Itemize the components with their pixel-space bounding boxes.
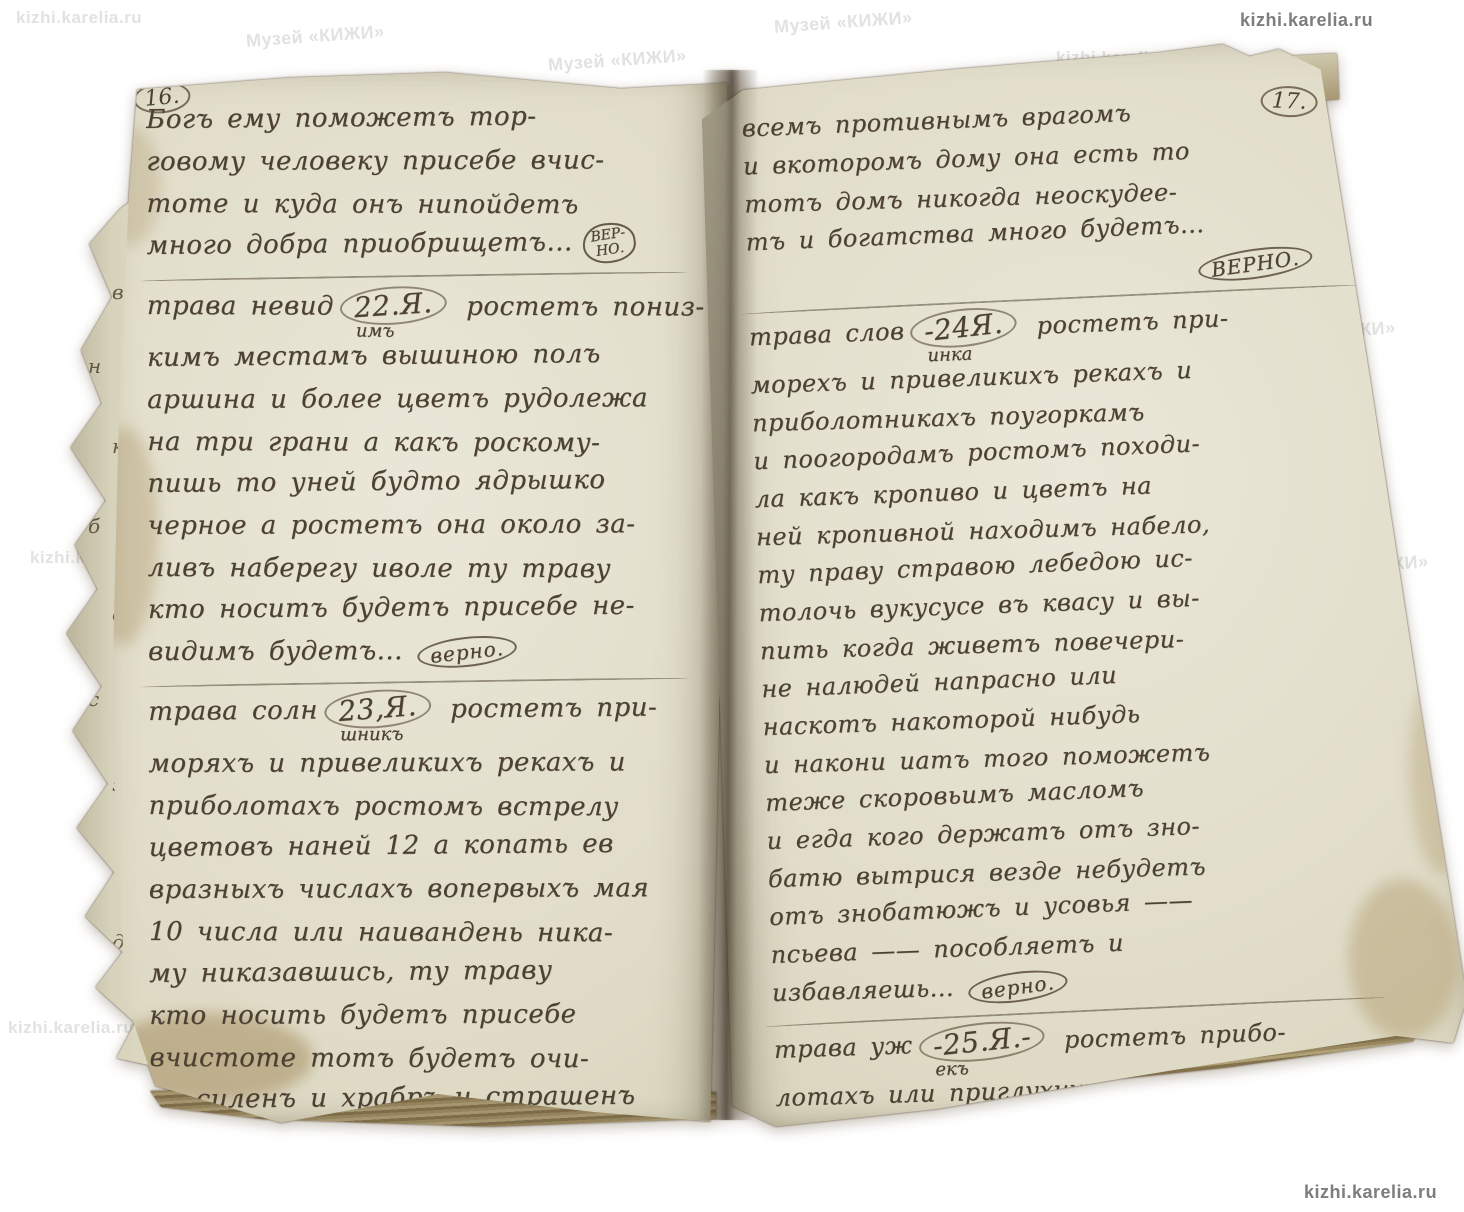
section-heading: 22.Я.имъ [334,285,453,327]
manuscript-line: цветовъ наней 12 а копать ев [149,822,689,869]
manuscript-line: видимъ будетъ...верно. [148,629,688,673]
manuscript-text: трава уж [773,1031,912,1064]
verified-stamp: ВЕР-НО. [580,219,638,266]
verified-stamp: верно. [966,965,1069,1008]
manuscript-line: на три грани а какъ роскому- [147,421,687,464]
manuscript-line: пишь то уней будто ядрышко [147,458,687,505]
manuscript-line: тоте и куда онъ нипойдетъ [146,183,686,226]
manuscript-line: 10 числа или наивандень ника- [149,911,689,954]
manuscript-line: говому человеку присебе вчис- [146,139,686,183]
manuscript-text: ростетъ пониз- [452,292,704,323]
manuscript-line: кто носитъ будетъ присебе не- [148,584,688,631]
manuscript-line: трава невид22.Я.имъ ростетъ пониз- [147,285,687,328]
manuscript-line: аршина и более цветъ рудолежа [147,377,687,421]
manuscript-line: трава солн23,Я.шникъ ростетъ при- [148,686,688,733]
left-page-text: Богъ ему поможетъ тор-говому человеку пр… [146,97,690,1121]
manuscript-text: ростетъ при- [1023,304,1229,340]
inserted-word: инка [927,345,973,365]
verified-stamp: ВЕРНО. [1196,241,1314,287]
torn-fragment: я [88,1004,101,1028]
page-gutter [697,70,758,1120]
section-heading: -24Я.инка [904,306,1025,350]
section-heading: 23,Я.шникъ [318,688,437,731]
inserted-word: шникъ [340,726,403,745]
torn-fragment: и [88,210,101,234]
manuscript-text: трава солн [148,696,318,727]
manuscript-text: ростетъ при- [436,693,657,725]
torn-fragment: н [88,354,101,378]
manuscript-line: Богъ ему поможетъ тор- [146,94,686,141]
manuscript-line: приболотахъ ростомъ встрелу [149,785,689,828]
manuscript-text: трава слов [749,317,905,351]
manuscript-line: вчистоте тотъ будетъ очи- [149,1037,689,1080]
watermark: kizhi.karelia.ru [1304,1182,1437,1203]
paper-stain [1407,673,1464,875]
torn-fragment: в [112,280,124,304]
left-page: 16. Богъ ему поможетъ тор-говому человек… [92,66,727,1132]
torn-fragment: с [88,687,99,711]
watermark: kizhi.karelia.ru [1240,10,1373,31]
section-separator [147,267,687,283]
right-page-text: всемъ противнымъ врагомъи вкоторомъ дому… [741,88,1388,1117]
manuscript-line: му никазавшись, ту траву [149,948,689,995]
manuscript-line: черное а ростетъ она около за- [148,503,688,547]
manuscript-line: ливъ наберегу иволе ту траву [148,547,688,590]
manuscript-line: вразныхъ числахъ вопервыхъ мая [149,867,689,911]
manuscript-line: много добра приобрищетъ...ВЕР-НО. [146,220,686,267]
torn-fragment: б [88,514,100,538]
manuscript-line: лотахъ или приглухихъ лесахъ [775,1061,1388,1117]
manuscript-text: трава невид [147,291,334,321]
manuscript-book: ивнкибоесзнлдря 16. Богъ ему поможетъ то… [0,0,1464,1212]
torn-fragment: л [88,847,101,871]
manuscript-line: кимъ местамъ вышиною полъ [147,332,687,379]
manuscript-text: ростетъ прибо- [1050,1018,1286,1054]
photo-stage: ивнкибоесзнлдря 16. Богъ ему поможетъ то… [0,0,1464,1212]
right-page: 17. всемъ противнымъ врагомъи вкоторомъ … [697,34,1464,1132]
manuscript-line: моряхъ и привеликихъ рекахъ и [148,741,688,785]
section-heading: -25.Я.-екъ [912,1020,1052,1064]
manuscript-line: кто носить будетъ присебе [149,993,689,1037]
verified-stamp: верно. [416,632,519,673]
